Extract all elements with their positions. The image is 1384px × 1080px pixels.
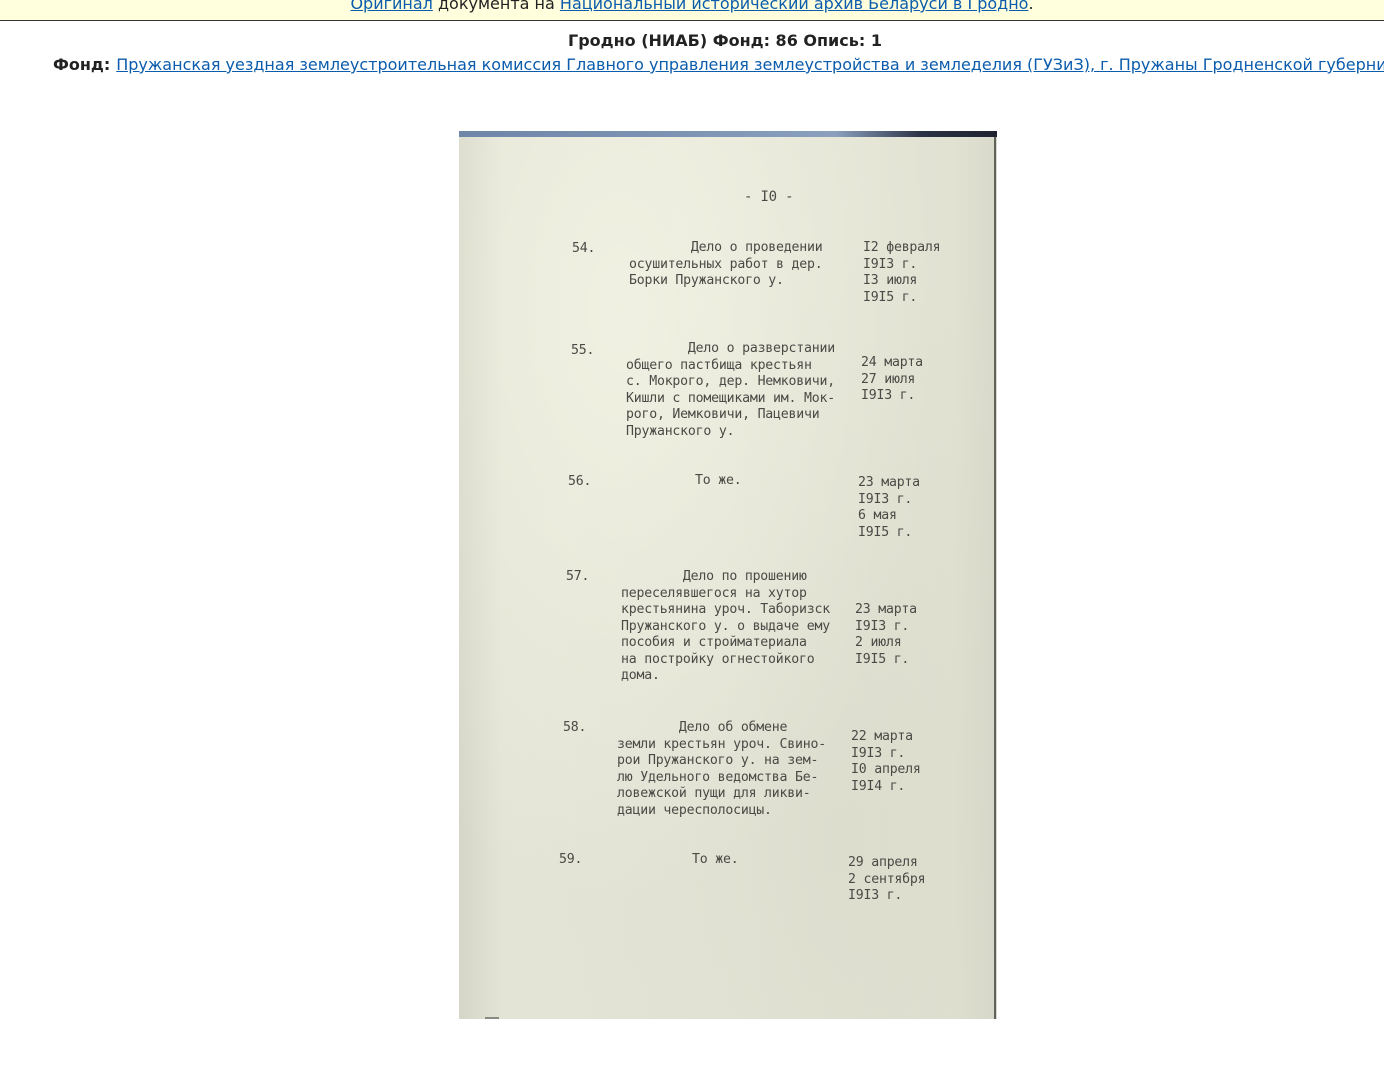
entry-title: Дело по прошению переселявшегося на хуто… (621, 569, 830, 685)
scan-top-edge (459, 131, 997, 137)
entry-title: То же. (692, 852, 738, 869)
entry-dates: 22 марта I9I3 г. I0 апреля I9I4 г. (851, 729, 921, 795)
entry-number: 58. (563, 720, 586, 737)
entry-number: 56. (568, 474, 591, 491)
entry-number: 55. (571, 343, 594, 360)
entry-dates: 29 апреля 2 сентября I9I3 г. (848, 855, 925, 905)
entry-dates: I2 февраля I9I3 г. I3 июля I9I5 г. (863, 240, 940, 306)
entry-number: 54. (572, 241, 595, 258)
archive-link[interactable]: Национальный исторический архив Беларуси… (560, 0, 1029, 13)
fond-link[interactable]: Пружанская уездная землеустроительная ко… (116, 55, 1384, 74)
entry-number: 59. (559, 852, 582, 869)
entry-title: То же. (695, 473, 741, 490)
scan-right-edge (994, 137, 996, 1019)
entry-title: Дело о разверстании общего пастбища крес… (626, 341, 835, 440)
notice-period: . (1028, 0, 1033, 13)
page-number: - I0 - (744, 189, 793, 206)
entry-title: Дело о проведении осушительных работ в д… (629, 240, 823, 290)
scan-bottom-mark (485, 1017, 499, 1019)
entry-number: 57. (566, 569, 589, 586)
document-scan-image[interactable]: - I0 - 54. Дело о проведении осушительны… (459, 131, 997, 1019)
entry-dates: 24 марта 27 июля I9I3 г. (861, 355, 923, 405)
notice-text: документа на (433, 0, 560, 13)
archive-title: Гродно (НИАБ) Фонд: 86 Опись: 1 (0, 31, 1384, 51)
original-link[interactable]: Оригинал (350, 0, 432, 13)
entry-title: Дело об обмене земли крестьян уроч. Свин… (617, 720, 826, 819)
fond-line: Фонд:Пружанская уездная землеустроительн… (53, 55, 1384, 75)
entry-dates: 23 марта I9I3 г. 2 июля I9I5 г. (855, 602, 917, 668)
entry-dates: 23 марта I9I3 г. 6 мая I9I5 г. (858, 475, 920, 541)
fond-label: Фонд: (53, 55, 110, 74)
notice-bar: Оригинал документа на Национальный истор… (0, 0, 1384, 21)
